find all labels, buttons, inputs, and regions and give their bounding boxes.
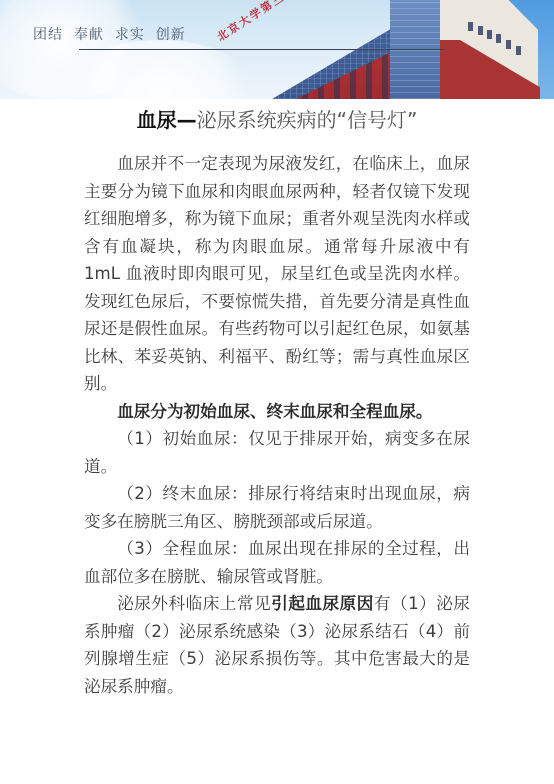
type-label: （1）初始血尿： xyxy=(117,429,248,448)
type-item-total: （3）全程血尿：血尿出现在排尿的全过程，出血部位多在膀胱、输尿管或肾脏。 xyxy=(84,535,470,590)
causes-prefix: 泌尿外科临床上常见 xyxy=(117,594,271,613)
header-banner: 北京大学第三医院 团结 奉献 求实 创新 xyxy=(0,0,554,99)
type-item-terminal: （2）终末血尿：排尿行将结束时出现血尿，病变多在膀胱三角区、膀胱颈部或后尿道。 xyxy=(84,480,470,535)
title-subtitle: 泌尿系统疾病的“信号灯” xyxy=(197,108,418,132)
window xyxy=(516,46,521,55)
hospital-sign: 北京大学第三医院 xyxy=(214,0,310,45)
window xyxy=(478,26,483,35)
type-item-initial: （1）初始血尿：仅见于排尿开始，病变多在尿道。 xyxy=(84,425,470,480)
banner-divider xyxy=(79,49,444,50)
title-keyword: 血尿— xyxy=(137,108,197,132)
subheading: 血尿分为初始血尿、终末血尿和全程血尿。 xyxy=(84,398,470,426)
type-label: （2）终末血尿： xyxy=(117,484,248,503)
banner-motto: 团结 奉献 求实 创新 xyxy=(33,24,186,44)
window xyxy=(496,34,501,43)
window xyxy=(468,22,473,31)
article-title: 血尿—泌尿系统疾病的“信号灯” xyxy=(0,106,554,134)
causes-paragraph: 泌尿外科临床上常见引起血尿原因有（1）泌尿系肿瘤（2）泌尿系统感染（3）泌尿系结… xyxy=(84,590,470,700)
window xyxy=(506,40,511,49)
causes-keyword: 引起血尿原因 xyxy=(271,594,374,613)
type-label: （3）全程血尿： xyxy=(117,539,248,558)
article-body: 血尿并不一定表现为尿液发红，在临床上，血尿主要分为镜下血尿和肉眼血尿两种，轻者仅… xyxy=(84,150,470,700)
window xyxy=(487,30,492,39)
intro-paragraph: 血尿并不一定表现为尿液发红，在临床上，血尿主要分为镜下血尿和肉眼血尿两种，轻者仅… xyxy=(84,150,470,398)
